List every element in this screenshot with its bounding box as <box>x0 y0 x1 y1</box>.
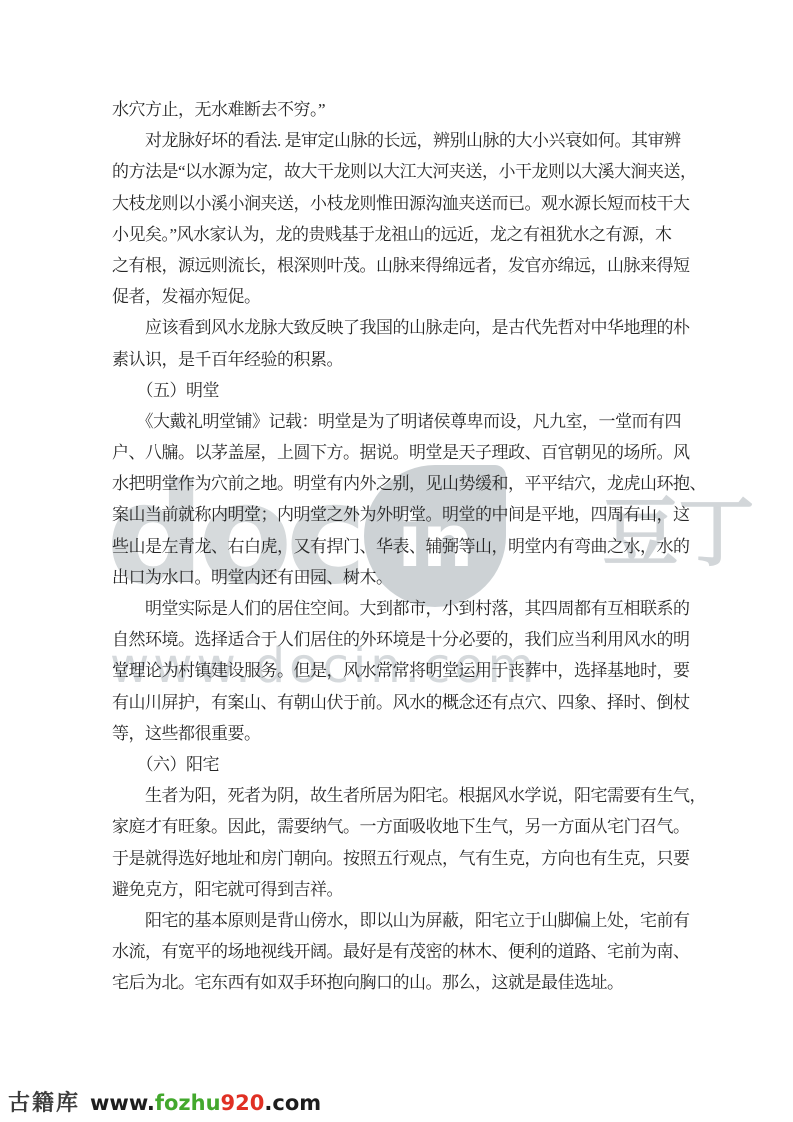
footer-url-www: www. <box>90 1091 155 1115</box>
text-line: 于是就得选好地址和房门朝向。按照五行观点，气有生克，方向也有生克，只要 <box>112 843 690 874</box>
text-line: 促者，发福亦短促。 <box>112 281 690 312</box>
text-line: 堂理论为村镇建设服务。但是，风水常常将明堂运用于丧葬中，选择基地时，要 <box>112 655 690 686</box>
text-line: 水把明堂作为穴前之地。明堂有内外之别，见山势缓和，平平结穴，龙虎山环抱、 <box>112 468 690 499</box>
text-line: 避免克方，阳宅就可得到吉祥。 <box>112 874 690 905</box>
text-line: 水流，有宽平的场地视线开阔。最好是有茂密的林木、便利的道路、宅前为南、 <box>112 936 690 967</box>
text-line: 宅后为北。宅东西有如双手环抱向胸口的山。那么，这就是最佳选址。 <box>112 967 690 998</box>
text-line: 对龙脉好坏的看法. 是审定山脉的长远，辨别山脉的大小兴衰如何。其审辨 <box>112 125 690 156</box>
text-line: 生者为阳，死者为阴，故生者所居为阳宅。根据风水学说，阳宅需要有生气， <box>112 780 690 811</box>
text-line: 些山是左青龙、右白虎，又有捍门、华表、辅弼等山，明堂内有弯曲之水，水的 <box>112 531 690 562</box>
document-page: doc in 豆丁 www.docin.com 水穴方止，无水难断去不穷。” 对… <box>0 0 793 1122</box>
text-line: 户、八牖。以茅盖屋，上圆下方。据说。明堂是天子理政、百官朝见的场所。风 <box>112 437 690 468</box>
text-line: 大枝龙则以小溪小涧夹送，小枝龙则惟田源沟洫夹送而已。观水源长短而枝干大 <box>112 188 690 219</box>
section-heading-5: （五）明堂 <box>112 375 690 406</box>
text-line: 有山川屏护，有案山、有朝山伏于前。风水的概念还有点穴、四象、择时、倒杖 <box>112 687 690 718</box>
text-line: 家庭才有旺象。因此，需要纳气。一方面吸收地下生气，另一方面从宅门召气。 <box>112 811 690 842</box>
footer-url-fozhu: fozhu <box>155 1091 221 1115</box>
section-heading-6: （六）阳宅 <box>112 749 690 780</box>
text-line: 水穴方止，无水难断去不穷。” <box>112 94 690 125</box>
text-line: 阳宅的基本原则是背山傍水，即以山为屏蔽，阳宅立于山脚偏上处，宅前有 <box>112 905 690 936</box>
text-line: 素认识，是千百年经验的积累。 <box>112 344 690 375</box>
text-line: 出口为水口。明堂内还有田园、树木。 <box>112 562 690 593</box>
page-text-block: 水穴方止，无水难断去不穷。” 对龙脉好坏的看法. 是审定山脉的长远，辨别山脉的大… <box>112 94 690 998</box>
footer-site-url[interactable]: www.fozhu920.com <box>90 1091 321 1115</box>
text-line: 案山当前就称内明堂；内明堂之外为外明堂。明堂的中间是平地，四周有山，这 <box>112 499 690 530</box>
text-line: 的方法是“以水源为定，故大干龙则以大江大河夹送，小干龙则以大溪大涧夹送， <box>112 156 690 187</box>
text-line: 之有根，源远则流长，根深则叶茂。山脉来得绵远者，发官亦绵远，山脉来得短 <box>112 250 690 281</box>
footer-url-com: .com <box>264 1091 321 1115</box>
text-line: 应该看到风水龙脉大致反映了我国的山脉走向，是古代先哲对中华地理的朴 <box>112 312 690 343</box>
text-line: 《大戴礼明堂铺》记载：明堂是为了明诸侯尊卑而设，凡九室，一堂而有四 <box>112 406 690 437</box>
text-line: 明堂实际是人们的居住空间。大到都市，小到村落，其四周都有互相联系的 <box>112 593 690 624</box>
footer-branding: 古籍库 www.fozhu920.com <box>8 1086 321 1117</box>
text-line: 等，这些都很重要。 <box>112 718 690 749</box>
text-line: 自然环境。选择适合于人们居住的外环境是十分必要的，我们应当利用风水的明 <box>112 624 690 655</box>
footer-url-920: 920 <box>221 1091 265 1115</box>
text-line: 小见矣。”风水家认为，龙的贵贱基于龙祖山的远近，龙之有祖犹水之有源，木 <box>112 219 690 250</box>
footer-site-name: 古籍库 <box>8 1086 80 1117</box>
